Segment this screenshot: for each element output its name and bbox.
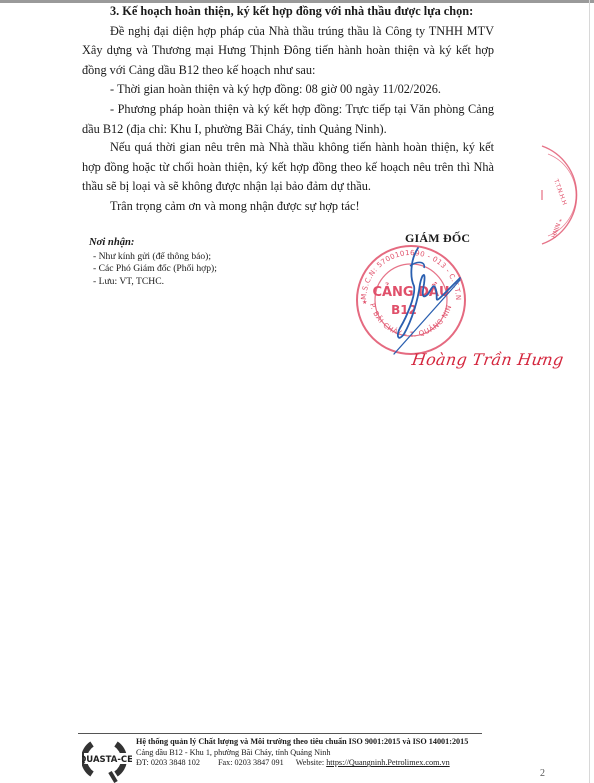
footer-phone: ĐT: 0203 3848 102 [136, 758, 200, 767]
svg-text:★: ★ [362, 299, 367, 306]
company-stamp-icon: M.S.C.N: 5700101690 - 013 - C.T.T.N.H P.… [352, 238, 470, 356]
thanks-paragraph: Trân trọng cảm ơn và mong nhận được sự h… [82, 197, 494, 217]
recipients-block: Nơi nhận: - Như kính gửi (để thông báo);… [89, 237, 217, 288]
footer-website-link[interactable]: https://Quangninh.Petrolimex.com.vn [326, 758, 449, 767]
recipient-item: - Như kính gửi (để thông báo); [93, 251, 217, 264]
section-heading: 3. Kế hoạch hoàn thiện, ký kết hợp đồng … [82, 2, 494, 22]
closing-block: Nếu quá thời gian nêu trên mà Nhà thầu k… [82, 138, 494, 216]
recipient-item: - Các Phó Giám đốc (Phối hợp); [93, 263, 217, 276]
svg-text:* NINH: * NINH [549, 217, 562, 238]
footer-info: Hệ thống quản lý Chất lượng và Môi trườn… [136, 737, 468, 769]
svg-text:CẢNG DẦU: CẢNG DẦU [372, 282, 449, 300]
recipient-item: - Lưu: VT, TCHC. [93, 276, 217, 289]
signer-name: Hoàng Trần Hưng [411, 350, 565, 369]
recipients-title: Nơi nhận: [89, 237, 217, 250]
warning-paragraph: Nếu quá thời gian nêu trên mà Nhà thầu k… [82, 138, 494, 197]
page-number: 2 [540, 768, 545, 779]
side-stamp-icon: T.T.N.H.H * NINH [528, 140, 594, 250]
svg-text:QUASTA-CE: QUASTA-CE [82, 755, 132, 765]
intro-paragraph: Đề nghị đại diện hợp pháp của Nhà thầu t… [82, 22, 494, 81]
svg-text:T.T.N.H.H: T.T.N.H.H [552, 177, 568, 206]
quasta-ce-logo-icon: QUASTA-CE [82, 736, 132, 783]
page-right-edge [589, 0, 590, 783]
footer-fax: Fax: 0203 3847 091 [218, 758, 284, 767]
method-item: - Phương pháp hoàn thiện và ký kết hợp đ… [82, 100, 494, 139]
footer-contact: ĐT: 0203 3848 102Fax: 0203 3847 091Websi… [136, 758, 468, 769]
footer-iso-line: Hệ thống quản lý Chất lượng và Môi trườn… [136, 737, 468, 748]
time-item: - Thời gian hoàn thiện và ký hợp đồng: 0… [82, 80, 494, 100]
footer-address: Cảng dầu B12 - Khu 1, phường Bãi Cháy, t… [136, 748, 468, 759]
footer-website-label: Website: [296, 758, 324, 767]
section-3: 3. Kế hoạch hoàn thiện, ký kết hợp đồng … [82, 2, 494, 139]
footer-divider [78, 733, 482, 734]
